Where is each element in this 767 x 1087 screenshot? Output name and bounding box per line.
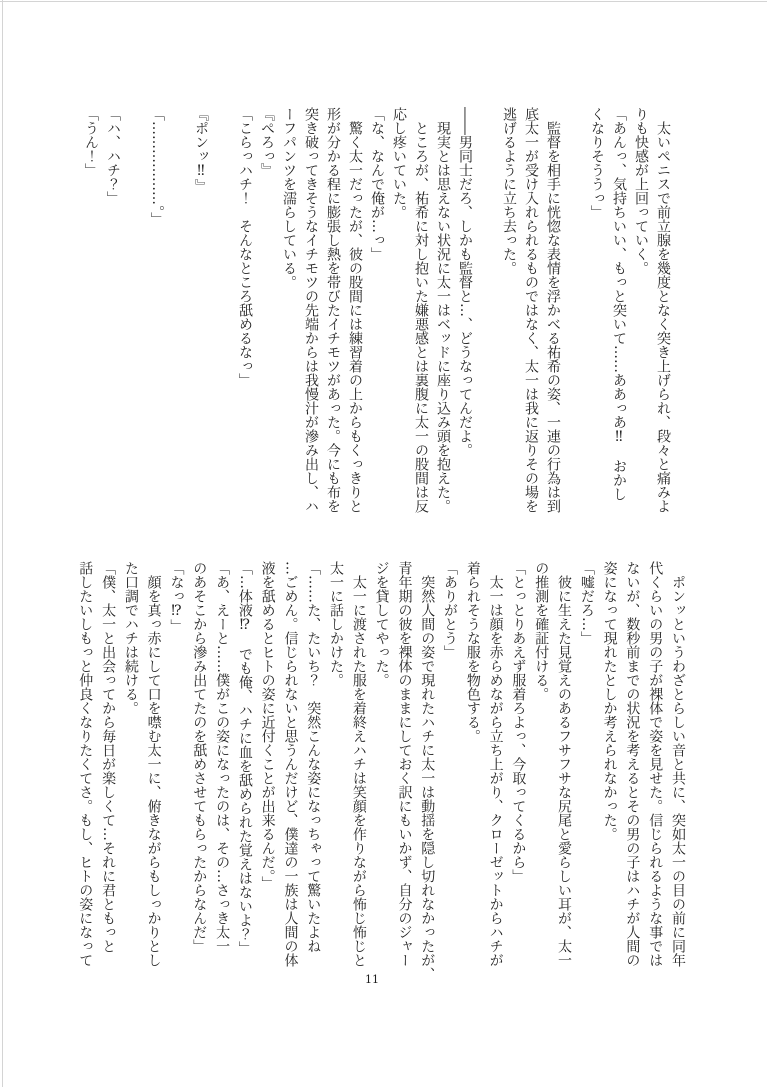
- text-line: 「とっとりあえず服着ろよっ、今取ってくるから」: [507, 561, 530, 987]
- text-line: ポンッというわざとらしい音と共に、突如太一の目の前に同年: [666, 561, 689, 987]
- text-line: 応し疼いていた。: [388, 107, 410, 521]
- text-line: ないが、数秒前までの状況を考えるとその男の子はハチが人間の: [621, 561, 644, 987]
- text-line: ――男同士だろ、しかも監督と…、どうなってんだよ。: [454, 107, 476, 521]
- text-line: 「あんっ、気持ちいい、もっと突いて……ああっあ‼ おかし: [608, 107, 630, 521]
- text-line: 「…体液⁉ でも俺、ハチに血を舐められた覚えはないよ？」: [233, 561, 256, 987]
- text-line: 青年期の彼を裸体のままにしておく訳にもいかず、自分のジャー: [393, 561, 416, 987]
- text-line: 「嘘だろ…」: [575, 561, 598, 987]
- text-block-bottom: ポンッというわざとらしい音と共に、突如太一の目の前に同年代くらいの男の子が裸体で…: [73, 561, 689, 987]
- text-line: 『ぺろっ』: [256, 107, 278, 521]
- text-line: 話したいしもっと仲良くなりたくてさ。もし、ヒトの姿になって: [73, 561, 96, 987]
- text-line: 代くらいの男の子が裸体で姿を見せた。信じられるような事では: [643, 561, 666, 987]
- text-block-top: 太いペニスで前立腺を幾度となく突き上げられ、段々と痛みよりも快感が上回っていく。…: [80, 107, 674, 521]
- text-line: 顔を真っ赤にして口を噤む太一に、俯きながらもしっかりとし: [142, 561, 165, 987]
- text-line: 「ありがとう」: [438, 561, 461, 987]
- text-line: [476, 107, 498, 521]
- text-line: 「ハ、ハチ？」: [102, 107, 124, 521]
- text-line: 太一は顔を赤らめながら立ち上がり、クローゼットからハチが: [484, 561, 507, 987]
- text-line: 太一に渡された服を着終えハチは笑顔を作りながら怖じ怖じと: [347, 561, 370, 987]
- text-line: 「あ、えーと……僕がこの姿になったのは、その…さっき太一: [210, 561, 233, 987]
- page-number: 11: [354, 973, 390, 986]
- text-line: 突然人間の姿で現れたハチに太一は動揺を隠し切れなかったが、: [415, 561, 438, 987]
- text-line: 『ポンッ‼』: [190, 107, 212, 521]
- text-line: 「な、なんで俺が…っ」: [366, 107, 388, 521]
- page-edge-left-line: [2, 0, 3, 1087]
- text-line: 「……た、たいち？ 突然こんな姿になっちゃって驚いたよね: [301, 561, 324, 987]
- text-line: …ごめん。信じられないと思うんだけど、僕達の一族は人間の体: [279, 561, 302, 987]
- text-line: くなりそううっ」: [586, 107, 608, 521]
- document-page: 太いペニスで前立腺を幾度となく突き上げられ、段々と痛みよりも快感が上回っていく。…: [0, 0, 767, 1087]
- text-line: 「こらっハチ！ そんなところ舐めるなっ」: [234, 107, 256, 521]
- text-line: 現実とは思えない状況に太一はベッドに座り込み頭を抱えた。: [432, 107, 454, 521]
- text-line: ーフパンツを濡らしている。: [278, 107, 300, 521]
- text-line: [168, 107, 190, 521]
- page-edge-top-line: [0, 1, 767, 2]
- text-line: 太いペニスで前立腺を幾度となく突き上げられ、段々と痛みよ: [652, 107, 674, 521]
- text-line: 「うん！」: [80, 107, 102, 521]
- text-line: 太一に話しかけた。: [324, 561, 347, 987]
- text-line: [564, 107, 586, 521]
- text-line: 彼に生えた見覚えのあるフサフサな尻尾と愛らしい耳が、太一: [552, 561, 575, 987]
- text-line: ところが、祐希に対し抱いた嫌悪感とは裏腹に太一の股間は反: [410, 107, 432, 521]
- text-line: 「………………。」: [146, 107, 168, 521]
- text-line: た口調でハチは続ける。: [119, 561, 142, 987]
- text-line: 逃げるように立ち去った。: [498, 107, 520, 521]
- text-line: [124, 107, 146, 521]
- text-line: [212, 107, 234, 521]
- text-line: 驚く太一だったが、彼の股間には練習着の上からもくっきりと: [344, 107, 366, 521]
- text-line: 着られそうな服を物色する。: [461, 561, 484, 987]
- text-line: 突き破ってきそうなイチモツの先端からは我慢汁が滲み出し、ハ: [300, 107, 322, 521]
- text-line: 形が分かる程に膨張し熱を帯びたイチモツがあった。今にも布を: [322, 107, 344, 521]
- text-line: のあそこから滲み出てたのを舐めさせてもらったからなんだ」: [187, 561, 210, 987]
- text-line: ジを貸してやった。: [370, 561, 393, 987]
- text-line: 「なっ⁉」: [165, 561, 188, 987]
- text-line: りも快感が上回っていく。: [630, 107, 652, 521]
- text-line: 底太一が受け入れられるものではなく、太一は我に返りその場を: [520, 107, 542, 521]
- text-line: の推測を確証付ける。: [529, 561, 552, 987]
- text-line: 監督を相手に恍惚な表情を浮かべる祐希の姿、一連の行為は到: [542, 107, 564, 521]
- text-line: 「僕、太一と出会ってから毎日が楽しくて…それに君ともっと: [96, 561, 119, 987]
- text-line: 姿になって現れたとしか考えられなかった。: [598, 561, 621, 987]
- text-line: 液を舐めるとヒトの姿に近付くことが出来るんだ。」: [256, 561, 279, 987]
